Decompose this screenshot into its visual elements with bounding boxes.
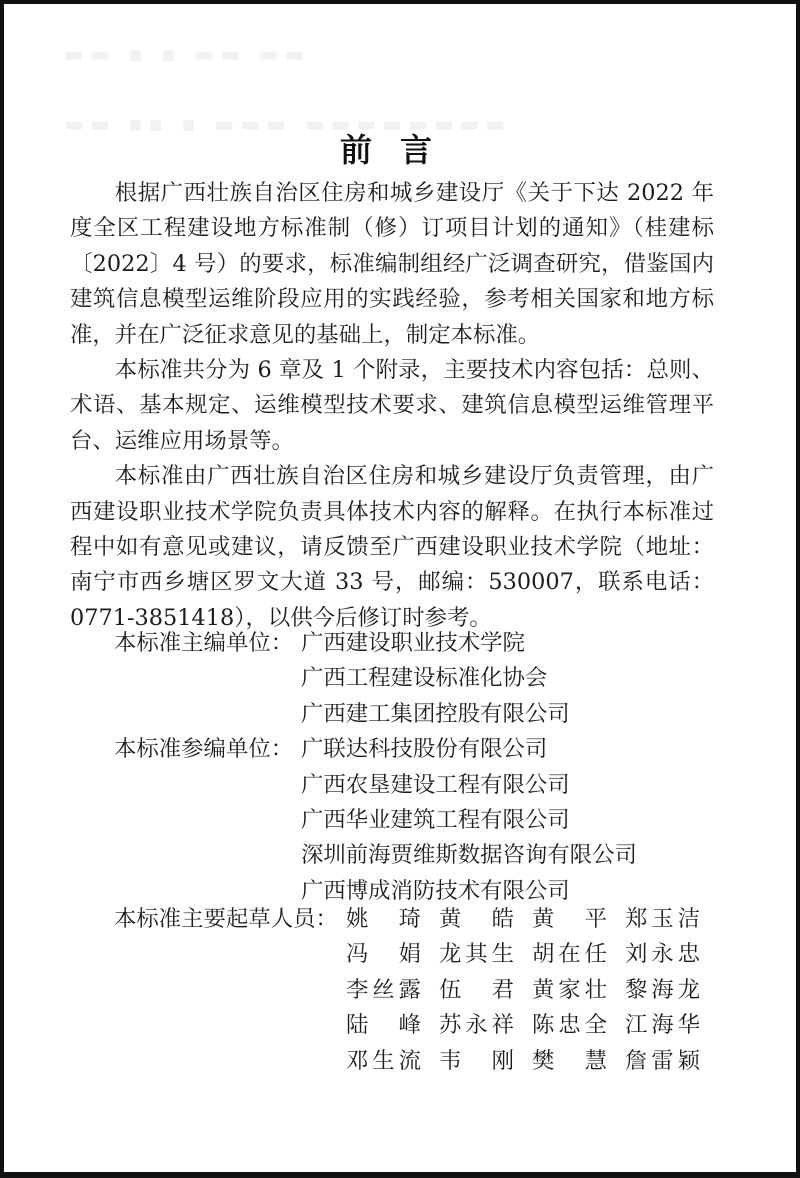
drafters-label: 本标准主要起草人员： [114, 902, 346, 937]
drafters-list: 本标准主要起草人员：姚琦黄皓黄平郑玉洁冯娟龙其生胡在任刘永忠李丝露伍君黄家壮黎海… [114, 902, 718, 1079]
drafter-name: 黎海龙 [625, 973, 700, 1008]
paragraph: 本标准由广西壮族自治区住房和城乡建设厅负责管理，由广西建设职业技术学院负责具体技… [70, 459, 714, 636]
unit-name: 深圳前海贾维斯数据咨询有限公司 [301, 838, 637, 873]
document-page: ▬▬ ▪ ▪ ▬▬ ▬▬ ▬▬ ▪▪ ▪ ▬▬▬ ▬▬▬▬▬▬▬▬ 前言 根据广… [4, 4, 796, 1172]
drafter-name: 邓生流 [346, 1044, 421, 1079]
drafter-name: 黄家壮 [532, 973, 607, 1008]
paragraph: 本标准共分为 6 章及 1 个附录，主要技术内容包括：总则、术语、基本规定、运维… [70, 353, 714, 459]
drafter-name: 黄皓 [439, 902, 514, 937]
drafter-name: 韦刚 [439, 1044, 514, 1079]
unit-name: 广西华业建筑工程有限公司 [301, 803, 570, 838]
drafters-row: 陆峰苏永祥陈忠全江海华 [114, 1008, 718, 1043]
drafter-name: 陆峰 [346, 1008, 421, 1043]
drafters-row: 邓生流韦刚樊慧詹雷颖 [114, 1044, 718, 1079]
drafter-name: 詹雷颖 [625, 1044, 700, 1079]
drafter-name: 李丝露 [346, 973, 421, 1008]
preface-body: 根据广西壮族自治区住房和城乡建设厅《关于下达 2022 年度全区工程建设地方标准… [70, 176, 714, 636]
drafter-name: 伍君 [439, 973, 514, 1008]
drafter-name: 苏永祥 [439, 1008, 514, 1043]
unit-name: 广西建工集团控股有限公司 [301, 697, 570, 732]
unit-name: 广联达科技股份有限公司 [301, 732, 547, 767]
page-title: 前言 [4, 125, 796, 171]
chief-units-label: 本标准主编单位： [114, 626, 301, 661]
unit-name: 广西建设职业技术学院 [301, 626, 525, 661]
unit-name: 广西农垦建设工程有限公司 [301, 768, 570, 803]
drafter-name: 龙其生 [439, 937, 514, 972]
drafter-name: 冯娟 [346, 937, 421, 972]
drafter-name: 黄平 [532, 902, 607, 937]
units-list: 本标准主编单位：广西建设职业技术学院 广西工程建设标准化协会 广西建工集团控股有… [114, 626, 637, 909]
paragraph: 根据广西壮族自治区住房和城乡建设厅《关于下达 2022 年度全区工程建设地方标准… [70, 176, 714, 353]
drafter-name: 刘永忠 [625, 937, 700, 972]
participating-units-label: 本标准参编单位： [114, 732, 301, 767]
drafter-name: 姚琦 [346, 902, 421, 937]
drafter-name: 陈忠全 [532, 1008, 607, 1043]
bleed-through-text: ▬▬ ▪ ▪ ▬▬ ▬▬ [64, 42, 310, 66]
drafters-row: 本标准主要起草人员：姚琦黄皓黄平郑玉洁 [114, 902, 718, 937]
drafter-name: 江海华 [625, 1008, 700, 1043]
drafters-row: 李丝露伍君黄家壮黎海龙 [114, 973, 718, 1008]
drafters-row: 冯娟龙其生胡在任刘永忠 [114, 937, 718, 972]
unit-name: 广西工程建设标准化协会 [301, 661, 547, 696]
drafter-name: 胡在任 [532, 937, 607, 972]
drafter-name: 樊慧 [532, 1044, 607, 1079]
drafter-name: 郑玉洁 [625, 902, 700, 937]
